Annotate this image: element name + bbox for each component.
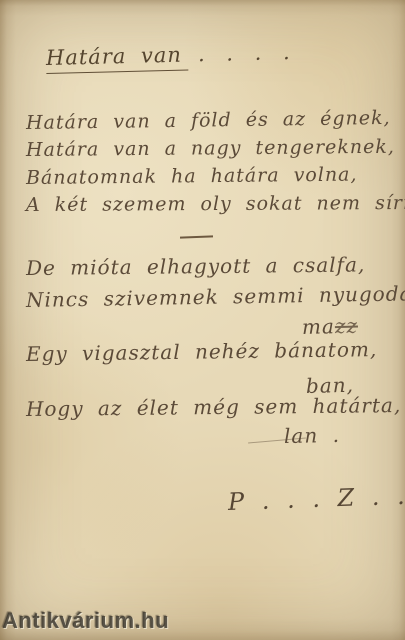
crossed-out-text: zz <box>335 314 359 339</box>
poem-line-continuation: lan . <box>284 423 340 448</box>
antikvarium-watermark: Antikvárium.hu <box>2 608 169 634</box>
poem-line: A két szemem oly sokat nem sírna. <box>26 192 405 216</box>
poem-line: Egy vigasztal nehéz bánatom, <box>26 337 378 366</box>
continuation-text: ma <box>302 314 336 339</box>
poem-title-dots: . . . . <box>198 40 294 66</box>
poem-line: Határa van a nagy tengereknek, <box>26 136 395 161</box>
poem-line: Nincs szivemnek semmi nyugodal, <box>26 281 405 312</box>
poem-title: Határa van. . . . <box>46 40 294 70</box>
poem-line: Határa van a föld és az égnek, <box>26 107 391 134</box>
poem-line: Bánatomnak ha határa volna, <box>26 164 358 189</box>
author-signature: P . . . Z . . . <box>228 481 405 516</box>
stanza-divider <box>180 235 213 238</box>
poem-line: Hogy az élet még sem határta, <box>26 393 401 421</box>
poem-line-continuation: mazz <box>302 314 359 339</box>
manuscript-page: Határa van. . . . Határa van a föld és a… <box>0 0 405 640</box>
poem-title-text: Határa van <box>46 43 189 74</box>
poem-line: De mióta elhagyott a csalfa, <box>26 252 366 280</box>
